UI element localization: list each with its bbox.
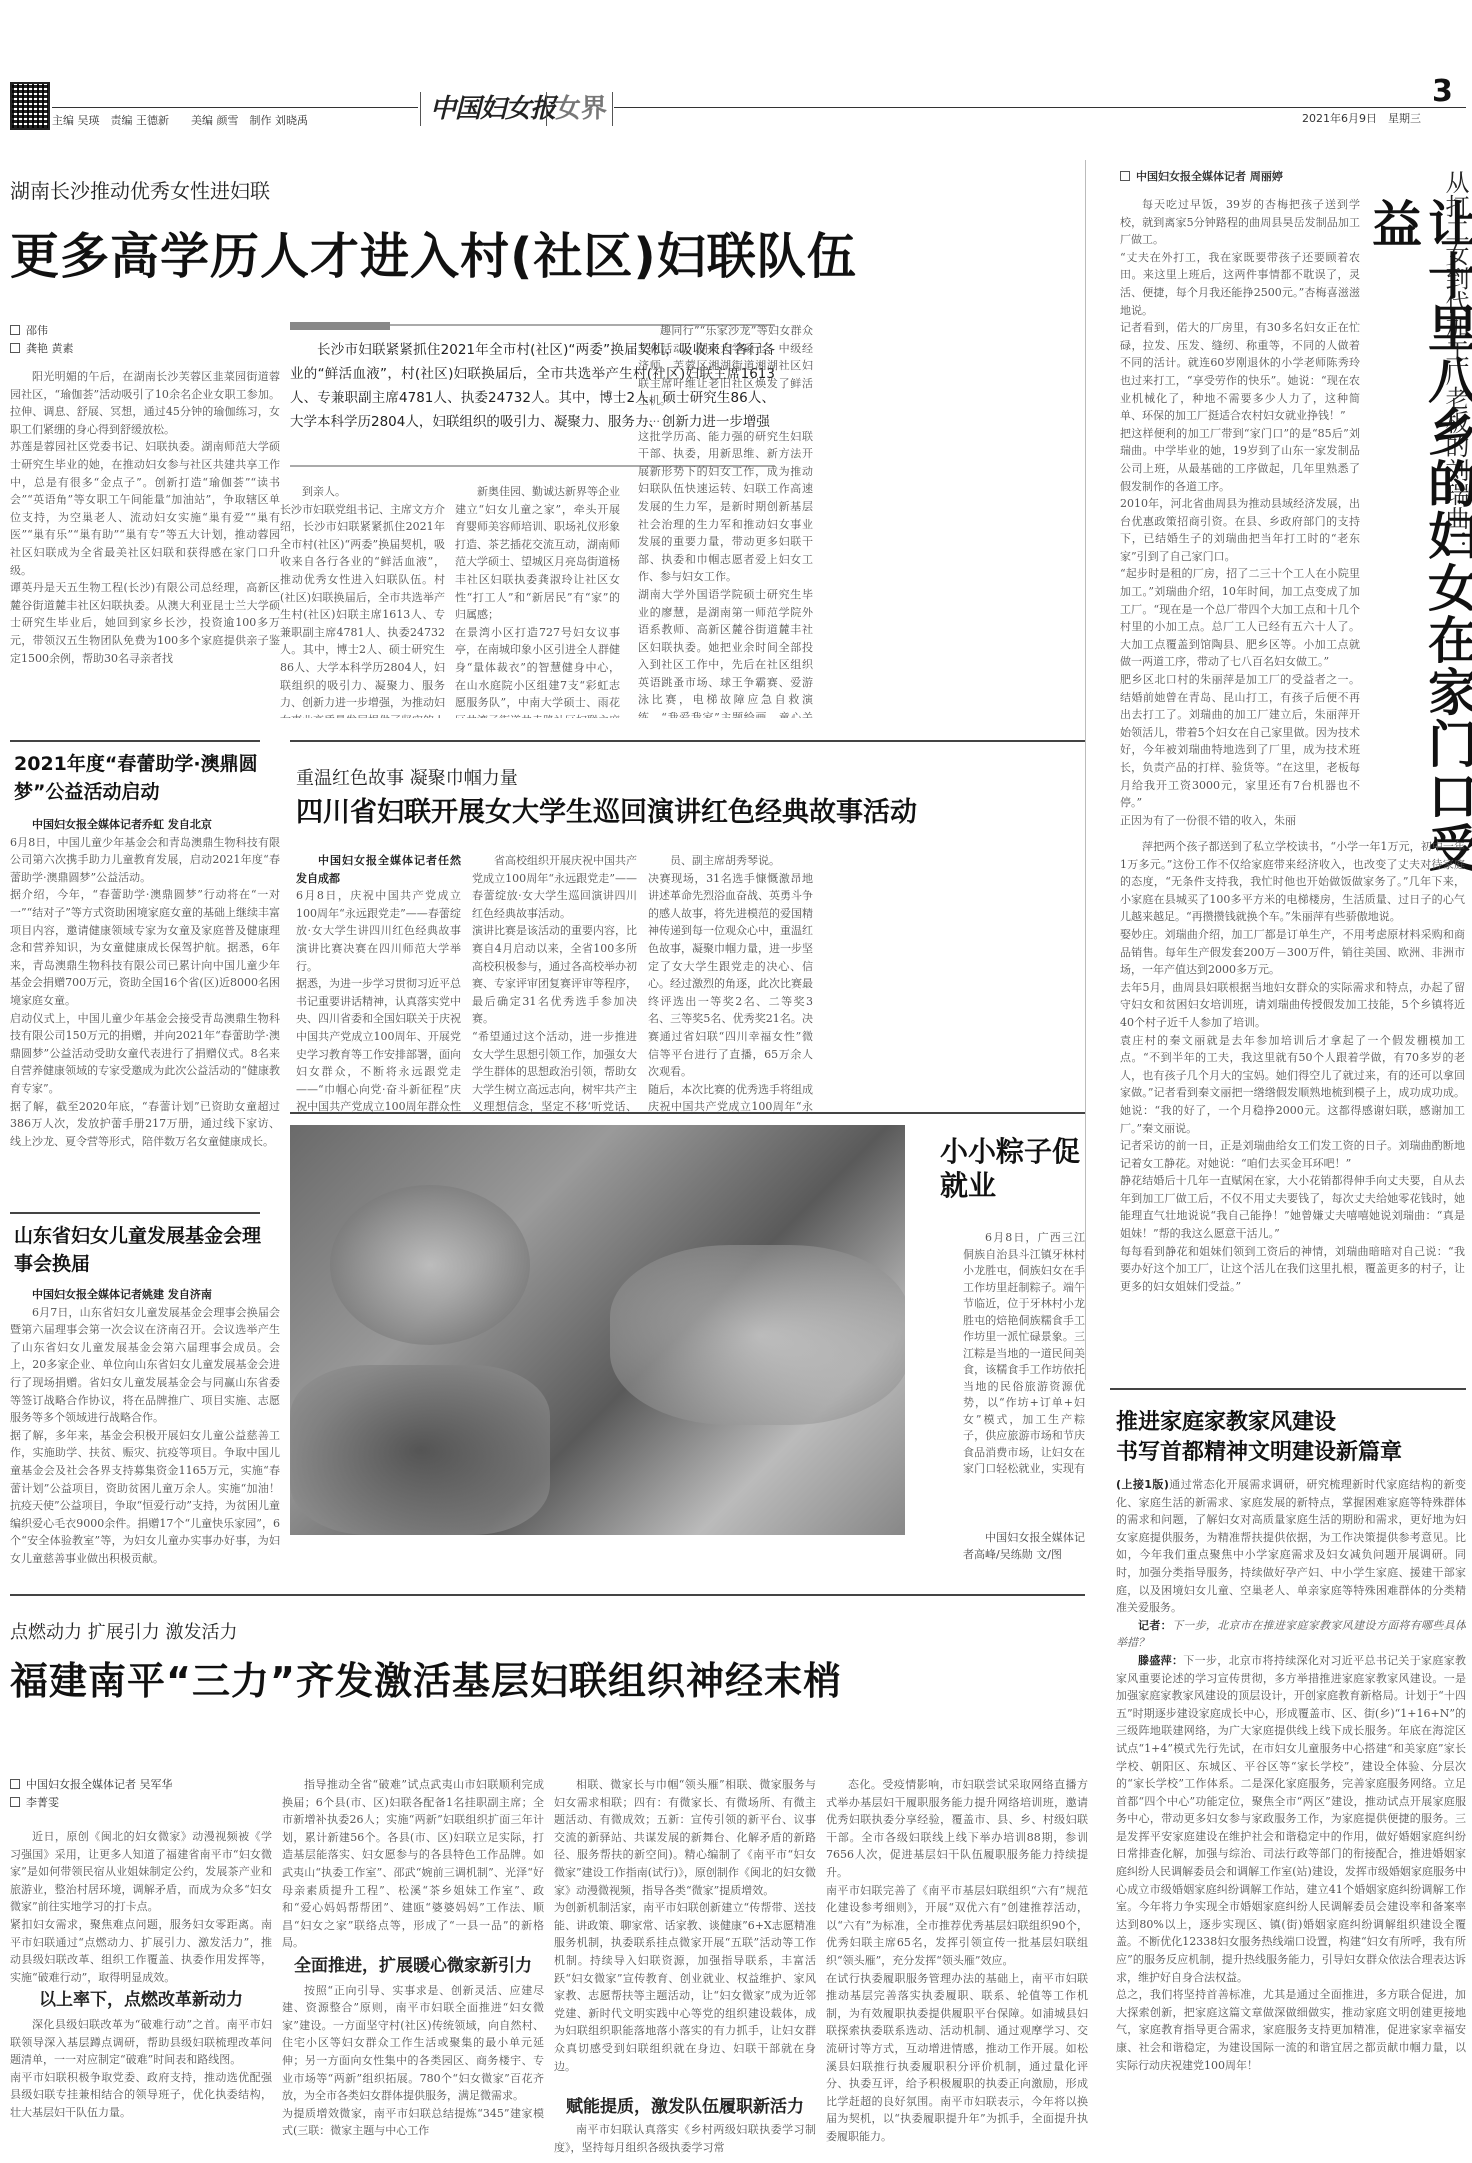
section-rule [10,1594,1085,1596]
fujian-col4: 态化。受疫情影响，市妇联尝试采取网络直播方式举办基层妇干履职服务能力提升网络培训… [826,1776,1088,2163]
zongzi-photo[interactable] [290,1125,970,1535]
sichuan-headline: 四川省妇联开展女大学生巡回演讲红色经典故事活动 [296,790,917,829]
editor-credits: 主编 吴瑛 责编 王德新 美编 颜雪 制作 刘晓禹 [52,112,308,128]
qr-code[interactable] [10,82,50,130]
fujian-subhead-2: 全面推进，扩展暖心微家新引力 [282,1958,544,1976]
liu-vertical-headline: 让十里八乡的妇女在家门口受益 [1365,198,1472,918]
sichuan-col2: 省高校组织开展庆祝中国共产党成立100周年“永远跟党走”——春蕾绽放·女大学生巡… [472,852,637,1112]
masthead-divider [420,92,421,126]
fujian-subhead-1: 以上率下，点燃改革新动力 [10,1992,272,2010]
section-name: 女界 [555,88,607,125]
liu-text-narrow: 每天吃过早饭，39岁的杏梅把孩子送到学校，就到离家5分钟路程的曲周县昊岳发制品加… [1120,196,1360,838]
reporter-label: 记者： [1138,1619,1172,1632]
masthead-rule-right [614,107,1466,108]
liu-text-wide: 萍把两个孩子都送到了私立学校读书，“小学一年1万元，初中一年1万多元。”这份工作… [1120,838,1465,1366]
fujian-byline: 中国妇女报全媒体记者 吴军华 李菁雯 [10,1776,173,1812]
section-rule [290,740,1085,742]
fujian-col2: 指导推动全省“破难”试点武夷山市妇联顺利完成换届；6个县(市、区)妇联各配备1名… [282,1776,544,2163]
chunlei-headline: 2021年度“春蕾助学·澳鼎圆梦”公益活动启动 [14,750,264,806]
section-rule [290,1112,1085,1114]
photo-shading [290,1365,550,1535]
liu-byline: 中国妇女报全媒体记者 周丽婷 [1120,168,1283,186]
byline-box-icon [10,325,20,335]
sichuan-col3: 员、副主席胡秀琴说。 决赛现场，31名选手慷慨激昂地讲述革命先烈浴血奋战、英勇斗… [648,852,813,1112]
section-rule [10,740,260,742]
photo-shading [330,1185,530,1345]
continued-marker: (上接1版) [1116,1478,1169,1491]
hunan-col1: 阳光明媚的午后，在湖南长沙芙蓉区韭菜园街道蓉园社区，“瑜伽荟”活动吸引了10余名… [10,368,280,726]
beijing-body: (上接1版)通过常态化开展需求调研，研究梳理新时代家庭结构的新变化、家庭生活的新… [1116,1476,1466,2161]
column-divider [1085,160,1086,1380]
issue-date: 2021年6月9日 星期三 [1302,110,1421,126]
hunan-byline: 邵伟 龚艳 黄素 [10,322,74,358]
byline-box-icon [10,343,20,353]
section-rule [1110,1388,1466,1390]
chunlei-body: 中国妇女报全媒体记者乔虹 发自北京 6月8日，中国儿童少年基金会和青岛澳鼎生物科… [10,816,280,1171]
fujian-col1: 近日，原创《闽北的妇女微家》动漫视频被《学习强国》采用，让更多人知道了福建省南平… [10,1828,272,2163]
photo-shading [610,1245,910,1425]
hunan-kicker: 湖南长沙推动优秀女性进妇联 [10,175,270,204]
hunan-col3: 新奥佳园、勤诚达新界等企业建立“妇女儿童之家”，牵头开展育婴师美容师培训、职场礼… [455,483,620,718]
byline-box-icon [10,1797,20,1807]
fujian-headline: 福建南平“三力”齐发激活基层妇联组织神经末梢 [10,1650,842,1705]
shandong-headline: 山东省妇女儿童发展基金会理事会换届 [14,1222,264,1278]
byline-box-icon [1120,171,1130,181]
masthead-rule-left [52,107,418,108]
interviewee-label: 滕盛萍： [1138,1654,1183,1667]
photo-headline: 小小粽子促就业 [940,1135,1085,1203]
byline-box-icon [10,1779,20,1789]
hunan-col2: 到亲人。 长沙市妇联党组书记、主席文方介绍，长沙市妇联紧紧抓住2021年全市村(… [280,483,445,718]
fujian-kicker: 点燃动力 扩展引力 激发活力 [10,1618,237,1644]
photo-credit: 中国妇女报全媒体记者高峰/吴练勋 文/图 [963,1530,1085,1585]
beijing-headline: 推进家庭家教家风建设 书写首都精神文明建设新篇章 [1116,1408,1402,1468]
paper-name-logo: 中国妇女报 [430,88,555,125]
section-rule [10,1212,260,1214]
fujian-col3-bottom: 赋能提质，激发队伍履职新活力 南平市妇联认真落实《乡村两级妇联执委学习制度》，坚… [554,2092,816,2156]
fujian-subhead-3: 赋能提质，激发队伍履职新活力 [554,2092,816,2117]
page-number: 3 [1432,74,1453,109]
photo-caption: 6月8日，广西三江侗族自治县斗江镇牙林村小龙胜屯，侗族妇女在手工作坊里赶制粽子。… [963,1230,1085,1475]
masthead-divider [612,92,613,126]
sichuan-dateline: 中国妇女报全媒体记者任然 发自成都 [296,854,461,885]
masthead-divider [546,92,547,126]
sichuan-kicker: 重温红色故事 凝聚巾帼力量 [296,764,518,790]
hunan-headline: 更多高学历人才进入村(社区)妇联队伍 [10,218,857,288]
chunlei-dateline: 中国妇女报全媒体记者乔虹 发自北京 [32,818,212,831]
shandong-dateline: 中国妇女报全媒体记者姚建 发自济南 [32,1288,212,1301]
fujian-col3: 相联、微家长与巾帼“领头雁”相联、微家服务与妇女需求相联；四有：有微家长、有微场… [554,1776,816,2086]
hunan-col4: 趣同行”“乐家沙龙”等妇女群众文化活动，湖南大学硕士、中级经济师、芙蓉区湘湖街道… [638,322,813,718]
lead-accent-bar [290,322,390,330]
sichuan-col1: 中国妇女报全媒体记者任然 发自成都 6月8日，庆祝中国共产党成立100周年“永远… [296,852,461,1112]
